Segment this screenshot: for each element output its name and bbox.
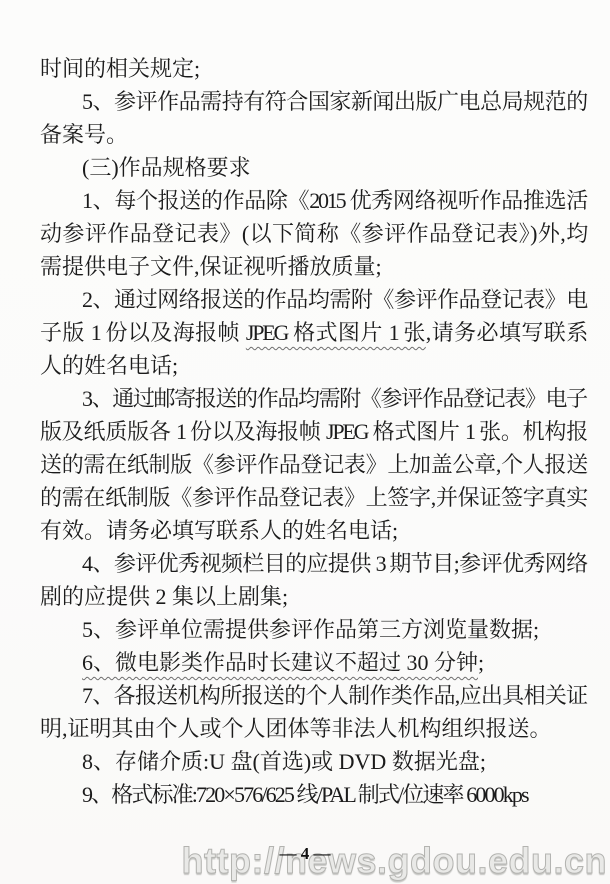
text-segment: 送的需在纸制版《参评作品登记表》上加盖公章,个人报送 — [40, 452, 586, 477]
text-line: 的需在纸制版《参评作品登记表》上签字,并保证签字真实 — [40, 481, 586, 514]
text-segment: 7、各报送机构所报送的个人制作类作品,应出具相关证 — [82, 683, 586, 708]
text-line: 明,证明其由个人或个人团体等非法人机构组织报送。 — [40, 712, 586, 745]
text-line: 1、每个报送的作品除《2015 优秀网络视听作品推选活 — [40, 184, 586, 217]
text-line: 时间的相关规定; — [40, 52, 586, 85]
text-segment: 1、每个报送的作品除《2015 优秀网络视听作品推选活 — [82, 188, 586, 213]
pencil-wavy-underline: 6、微电影类作品时长建议不超过 30 分钟 — [82, 650, 478, 675]
text-segment: 子版 1 份以及海报帧 — [40, 320, 246, 345]
text-line: 2、通过网络报送的作品均需附《参评作品登记表》电 — [40, 283, 586, 316]
page-number: — 4 — — [0, 844, 610, 864]
text-line: 5、参评作品需持有符合国家新闻出版广电总局规范的 — [40, 85, 586, 118]
pencil-wavy-underline: JPEG 格式图片 1 张 — [246, 320, 426, 345]
text-line: 人的姓名电话; — [40, 349, 586, 382]
text-line: (三)作品规格要求 — [40, 151, 586, 184]
text-line: 6、微电影类作品时长建议不超过 30 分钟; — [40, 646, 586, 679]
text-segment: 备案号。 — [40, 122, 128, 147]
text-line: 8、存储介质:U 盘(首选)或 DVD 数据光盘; — [40, 745, 586, 778]
text-segment: 5、参评作品需持有符合国家新闻出版广电总局规范的 — [82, 89, 586, 114]
text-line: 9、格式标准:720×576/625 线/PAL 制式/位速率 6000kps — [40, 778, 586, 811]
text-line: 3、通过邮寄报送的作品均需附《参评作品登记表》电子 — [40, 382, 586, 415]
text-segment: 9、格式标准:720×576/625 线/PAL 制式/位速率 6000kps — [82, 782, 528, 807]
text-segment: 人的姓名电话; — [40, 353, 178, 378]
text-segment: 明,证明其由个人或个人团体等非法人机构组织报送。 — [40, 716, 552, 741]
text-segment: 的需在纸制版《参评作品登记表》上签字,并保证签字真实 — [40, 485, 586, 510]
text-line: 子版 1 份以及海报帧 JPEG 格式图片 1 张,请务必填写联系 — [40, 316, 586, 349]
text-line: 7、各报送机构所报送的个人制作类作品,应出具相关证 — [40, 679, 586, 712]
text-line: 剧的应提供 2 集以上剧集; — [40, 580, 586, 613]
text-segment: 4、参评优秀视频栏目的应提供 3 期节目;参评优秀网络 — [82, 551, 586, 576]
text-line: 备案号。 — [40, 118, 586, 151]
text-segment: 时间的相关规定; — [40, 56, 200, 81]
text-line: 有效。请务必填写联系人的姓名电话; — [40, 514, 586, 547]
text-segment: 需提供电子文件,保证视听播放质量; — [40, 254, 382, 279]
text-line: 4、参评优秀视频栏目的应提供 3 期节目;参评优秀网络 — [40, 547, 586, 580]
text-segment: 8、存储介质:U 盘(首选)或 DVD 数据光盘; — [82, 749, 486, 774]
text-segment: 2、通过网络报送的作品均需附《参评作品登记表》电 — [82, 287, 586, 312]
text-line: 动参评作品登记表》(以下简称《参评作品登记表》)外,均 — [40, 217, 586, 250]
text-segment: 3、通过邮寄报送的作品均需附《参评作品登记表》电子 — [82, 386, 586, 411]
text-segment: 剧的应提供 2 集以上剧集; — [40, 584, 288, 609]
scanned-document-page: 时间的相关规定;5、参评作品需持有符合国家新闻出版广电总局规范的备案号。(三)作… — [0, 0, 610, 884]
text-segment: (三)作品规格要求 — [82, 155, 251, 180]
text-segment: 版及纸质版各 1 份以及海报帧 JPEG 格式图片 1 张。机构报 — [40, 419, 586, 444]
text-line: 5、参评单位需提供参评作品第三方浏览量数据; — [40, 613, 586, 646]
text-line: 送的需在纸制版《参评作品登记表》上加盖公章,个人报送 — [40, 448, 586, 481]
text-segment: 5、参评单位需提供参评作品第三方浏览量数据; — [82, 617, 539, 642]
text-segment: 动参评作品登记表》(以下简称《参评作品登记表》)外,均 — [40, 221, 586, 246]
text-segment: ,请务必填写联系 — [426, 320, 586, 345]
text-segment: 有效。请务必填写联系人的姓名电话; — [40, 518, 398, 543]
text-line: 版及纸质版各 1 份以及海报帧 JPEG 格式图片 1 张。机构报 — [40, 415, 586, 448]
document-body: 时间的相关规定;5、参评作品需持有符合国家新闻出版广电总局规范的备案号。(三)作… — [40, 52, 586, 811]
text-segment: ; — [478, 650, 484, 675]
text-line: 需提供电子文件,保证视听播放质量; — [40, 250, 586, 283]
